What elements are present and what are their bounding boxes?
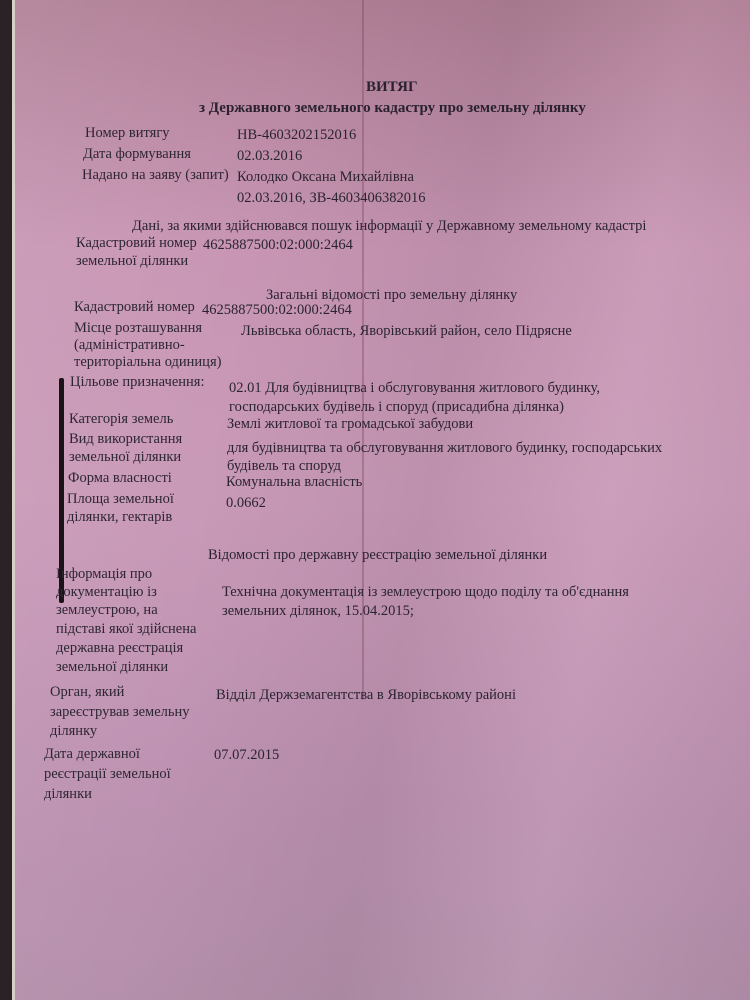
extract-number-label: Номер витягу [85, 124, 170, 142]
area-label-1: Площа земельної [67, 490, 174, 508]
ownership-value: Комунальна власність [226, 473, 362, 491]
search-cadastral-value: 4625887500:02:000:2464 [203, 236, 353, 254]
doc-label-1: Інформація про [56, 565, 152, 583]
purpose-value-1: 02.01 Для будівництва і обслуговування ж… [229, 379, 600, 397]
usage-value-1: для будівництва та обслуговування житлов… [227, 439, 662, 457]
doc-label-6: земельної ділянки [56, 658, 168, 676]
doc-value-1: Технічна документація із землеустрою щод… [222, 583, 629, 601]
area-label-2: ділянки, гектарів [67, 508, 172, 526]
search-cadastral-label-1: Кадастровий номер [76, 234, 197, 252]
organ-label-1: Орган, який [50, 683, 124, 701]
doc-label-5: державна реєстрація [56, 639, 183, 657]
cadastral-number-label: Кадастровий номер [74, 298, 195, 316]
purpose-label: Цільове призначення: [70, 373, 204, 391]
request-label: Надано на заяву (запит) [82, 166, 229, 184]
ownership-label: Форма власності [68, 469, 172, 487]
location-label-3: територіальна одиниця) [74, 353, 221, 371]
organ-value: Відділ Держземагентства в Яворівському р… [216, 686, 516, 704]
organ-label-3: ділянку [50, 722, 97, 740]
search-cadastral-label-2: земельної ділянки [76, 252, 188, 270]
location-label-2: (адміністративно- [74, 336, 185, 354]
search-section-heading: Дані, за якими здійснювався пошук інформ… [132, 217, 646, 235]
cadastral-number-value: 4625887500:02:000:2464 [202, 301, 352, 319]
request-applicant: Колодко Оксана Михайлівна [237, 168, 414, 186]
request-reference: 02.03.2016, ЗВ-4603406382016 [237, 189, 426, 207]
usage-label-2: земельної ділянки [69, 448, 181, 466]
usage-label-1: Вид використання [69, 430, 182, 448]
registration-date-label-2: реєстрації земельної [44, 765, 171, 783]
doc-label-2: документацію із [56, 583, 157, 601]
purpose-value-2: господарських будівель і споруд (присади… [229, 398, 564, 416]
doc-value-2: земельних ділянок, 15.04.2015; [222, 602, 414, 620]
document-title: ВИТЯГ [366, 78, 417, 96]
area-value: 0.0662 [226, 494, 266, 512]
document-sheet: ВИТЯГ з Державного земельного кадастру п… [12, 0, 750, 1000]
doc-label-3: землеустрою, на [56, 601, 158, 619]
registration-date-label-1: Дата державної [44, 745, 140, 763]
formation-date-value: 02.03.2016 [237, 147, 302, 165]
organ-label-2: зареєстрував земельну [50, 703, 190, 721]
category-label: Категорія земель [69, 410, 173, 428]
registration-date-value: 07.07.2015 [214, 746, 279, 764]
document-subtitle: з Державного земельного кадастру про зем… [199, 99, 586, 117]
registration-date-label-3: ділянки [44, 785, 92, 803]
extract-number-value: НВ-4603202152016 [237, 126, 356, 144]
category-value: Землі житлової та громадської забудови [227, 415, 473, 433]
formation-date-label: Дата формування [83, 145, 191, 163]
doc-label-4: підставі якої здійснена [56, 620, 196, 638]
location-value: Львівська область, Яворівський район, се… [241, 322, 572, 340]
registration-section-heading: Відомості про державну реєстрацію земель… [208, 546, 547, 564]
location-label-1: Місце розташування [74, 319, 202, 337]
